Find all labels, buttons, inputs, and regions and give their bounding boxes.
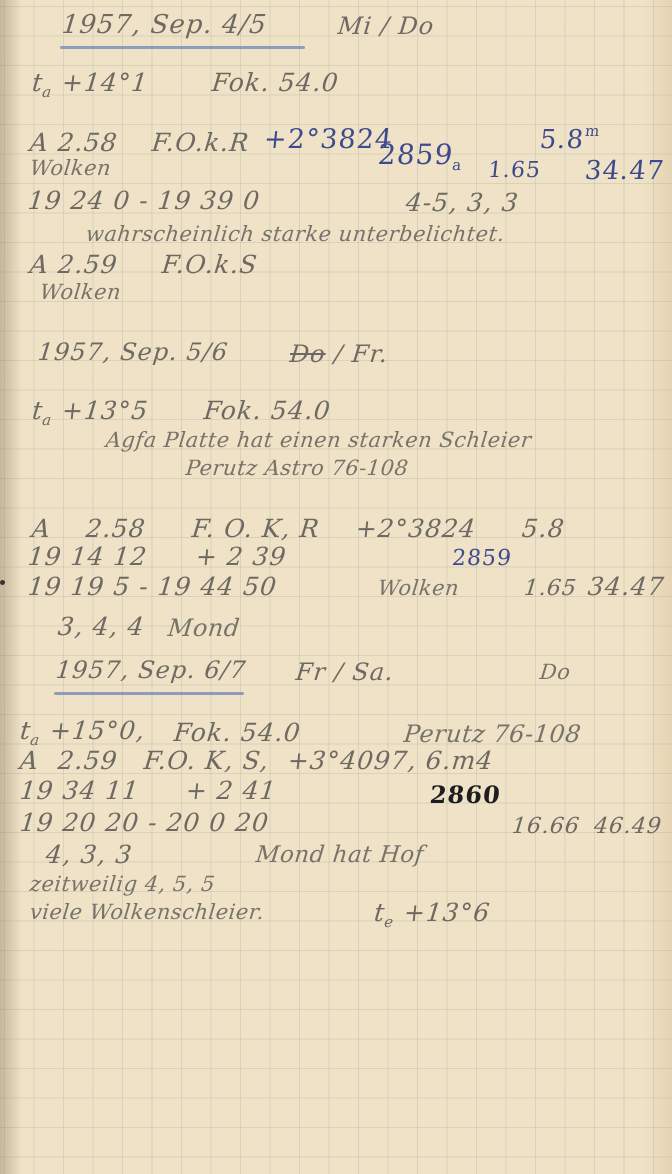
entry-3-mark: Do [539, 660, 572, 684]
entry-1-plate-number: 2859a [376, 138, 465, 174]
entry-3-focus: Fok. 54.0 [172, 718, 302, 747]
entry-2-exposure-label: A [30, 514, 52, 543]
entry-1-declination: +2°3824 [262, 124, 394, 155]
entry-3-line3-time: 19 20 20 - 20 0 20 [18, 808, 270, 837]
entry-3-date-underline [54, 692, 244, 695]
plate-suffix: a [451, 156, 463, 174]
entry-2-note-2: Perutz Astro 76-108 [185, 456, 410, 480]
entry-1-value-1: 1.65 [487, 158, 543, 183]
entry-2-focus: Fok. 54.0 [202, 396, 332, 425]
magnitude-unit: m [584, 122, 601, 140]
entry-3-line2-time: 19 34 11 [18, 776, 140, 805]
entry-1-date-underline [60, 46, 305, 49]
entry-2-date: 1957, Sep. 5/6 [37, 338, 230, 366]
weekday-text: / Fr. [333, 340, 390, 368]
entry-3-declination: +3°4097, 6.m4 [286, 746, 494, 775]
entry-2-line3-clouds: Wolken [377, 576, 461, 600]
plate-no: 2859 [376, 138, 455, 171]
magnitude-value: 5.8 [538, 125, 586, 155]
entry-1-exposure-filter: F.O.k.R [150, 128, 250, 157]
entry-1-temperature: ta +14°1 [30, 68, 150, 101]
entry-1-clouds: Wolken [29, 156, 113, 180]
temp-value: +15°0, [49, 716, 147, 745]
entry-2-value-2: 34.47 [586, 572, 666, 601]
date-text: 1957, Sep. 4/5 [60, 10, 268, 40]
temp-value: +13°6 [403, 898, 492, 927]
entry-3-weekday: Fr / Sa. [295, 658, 396, 686]
entry-2-magnitude: 5.8 [520, 514, 566, 543]
entry-3-exposure-label: A [18, 746, 40, 775]
entry-3-temperature: ta +15°0, [18, 716, 147, 749]
entry-2-weekday: Do / Fr. [289, 340, 390, 368]
entry-3-plate-type: Perutz 76-108 [403, 720, 583, 748]
entry-2-line3-time: 19 19 5 - 19 44 50 [26, 572, 278, 601]
entry-3-moon-note: Mond hat Hof [255, 842, 425, 868]
temp-subscript: a [41, 411, 53, 429]
entry-3-plate-number: 2860 [428, 780, 502, 809]
entry-1-weekday: Mi / Do [337, 12, 436, 40]
temp-value: +14°1 [61, 68, 150, 97]
entry-1-note: wahrscheinlich starke unterbelichtet. [85, 222, 506, 246]
entry-1-date: 1957, Sep. 4/5 [60, 10, 268, 40]
entry-3-seeing: 4, 3, 3 [44, 840, 134, 869]
entry-3-line2-dec: + 2 41 [184, 776, 278, 805]
entry-2-exposure-filter: F. O. K, R [190, 514, 321, 543]
entry-2-line2-time: 19 14 12 [26, 542, 148, 571]
entry-1-focus: Fok. 54.0 [210, 68, 340, 97]
entry-3-value-2: 46.49 [593, 814, 664, 839]
entry-3-seeing-note: zeitweilig 4, 5, 5 [29, 872, 217, 896]
entry-1-seeing: 4-5, 3, 3 [404, 188, 520, 217]
entry-3-date: 1957, Sep. 6/7 [55, 656, 248, 684]
entry-2-seeing: 3, 4, 4 [56, 612, 146, 641]
entry-1-value-2: 34.47 [583, 156, 666, 186]
notebook-page: 1957, Sep. 4/5 Mi / Do ta +14°1 Fok. 54.… [0, 0, 672, 1174]
entry-2-value-1: 1.65 [523, 576, 579, 601]
entry-1-exposure-label: A 2.58 [28, 128, 119, 157]
weekday-struck: Do [289, 340, 328, 368]
entry-2-temperature: ta +13°5 [30, 396, 150, 429]
temp-subscript: e [383, 913, 395, 931]
entry-1-magnitude: 5.8m [538, 122, 601, 155]
temp-value: +13°5 [61, 396, 150, 425]
entry-3-end-temperature: te +13°6 [372, 898, 492, 931]
entry-1-time: 19 24 0 - 19 39 0 [26, 186, 261, 215]
entry-1-second-exposure-label: A 2.59 [28, 250, 119, 279]
entry-2-moon: Mond [167, 614, 242, 642]
entry-1-second-exposure-filter: F.O.k.S [160, 250, 259, 279]
entry-2-note-1: Agfa Platte hat einen starken Schleier [105, 428, 533, 452]
entry-3-value-1: 16.66 [511, 814, 582, 839]
entry-1-second-clouds: Wolken [39, 280, 123, 304]
entry-2-declination: +2°3824 [354, 514, 477, 543]
entry-2-line2-dec: + 2 39 [194, 542, 288, 571]
margin-mark [0, 580, 5, 585]
entry-3-cloud-note: viele Wolkenschleier. [29, 900, 266, 924]
entry-2-exposure-value: 2.58 [84, 514, 147, 543]
entry-3-exposure-value: 2.59 [56, 746, 119, 775]
entry-3-exposure-filter: F.O. K, S, [142, 746, 270, 775]
entry-2-plate-number: 2859 [451, 546, 514, 571]
temp-subscript: a [41, 83, 53, 101]
